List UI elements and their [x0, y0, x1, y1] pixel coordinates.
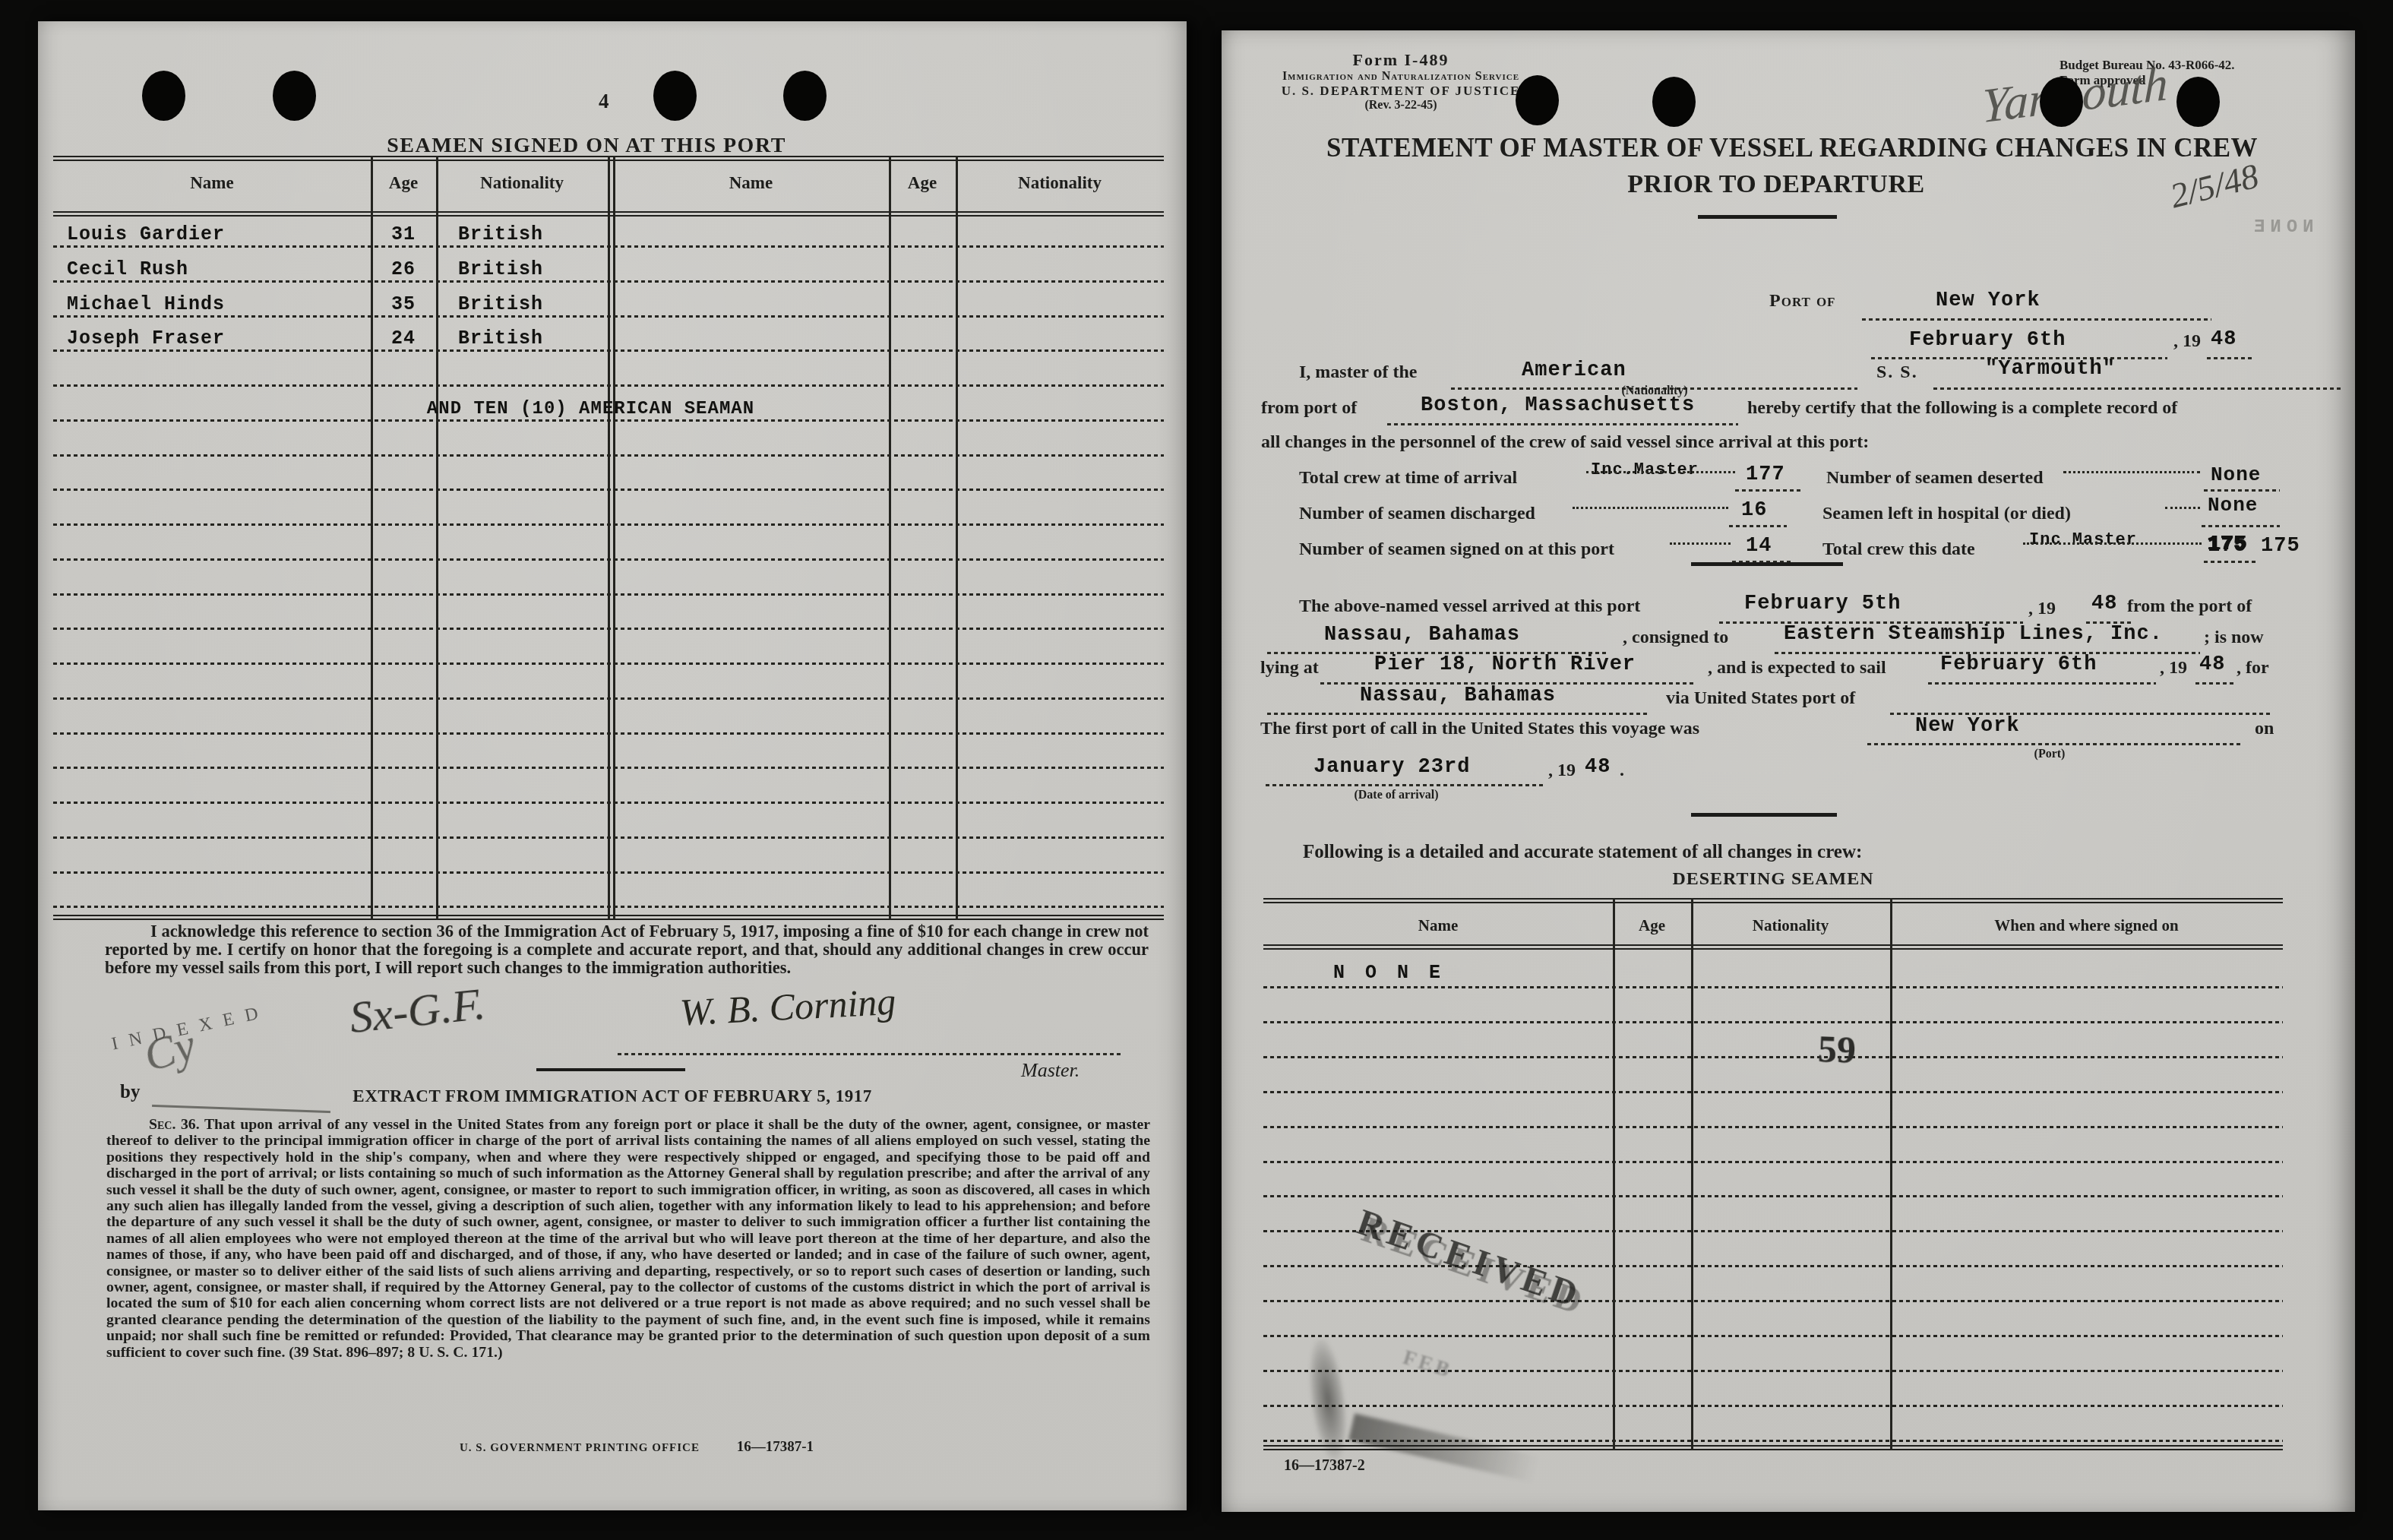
following-line: Following is a detailed and accurate sta…	[1303, 842, 1862, 863]
extract-divider-rule	[536, 1068, 685, 1071]
agency-line1: Immigration and Naturalization Service	[1234, 70, 1568, 84]
arrival-text: , 19	[2160, 658, 2187, 678]
col-header-age: Age	[889, 173, 956, 193]
stat-fill-line	[2204, 561, 2257, 563]
leader-dots	[2165, 507, 2200, 509]
stat-label: Number of seamen deserted	[1826, 468, 2044, 489]
title-underline	[1698, 215, 1837, 219]
arrived-year: 48	[2091, 593, 2117, 615]
year-typed: 48	[2211, 328, 2237, 351]
stat-fill-line	[1729, 525, 1787, 527]
arrival-from-port: Nassau, Bahamas	[1324, 624, 1520, 647]
year-fill-line	[2207, 357, 2254, 359]
arrival-text: lying at	[1260, 658, 1319, 678]
seaman-nationality: British	[458, 223, 543, 245]
table-vline	[608, 156, 610, 920]
form-title-line1: STATEMENT OF MASTER OF VESSEL REGARDING …	[1294, 133, 2290, 163]
stat-value-struck: 175	[2208, 533, 2247, 556]
punch-hole-icon	[1652, 77, 1696, 127]
certify-text: hereby certify that the following is a c…	[1747, 398, 2177, 419]
first-port-date: January 23rd	[1313, 756, 1470, 779]
left-page: 4 SEAMEN SIGNED ON AT THIS PORT Name Age…	[38, 21, 1187, 1510]
arrival-text: The above-named vessel arrived at this p…	[1299, 596, 1640, 617]
master-signature-handwriting: W. B. Corning	[679, 979, 897, 1035]
stat-label: Number of seamen discharged	[1299, 504, 1535, 524]
arrival-text: from the port of	[2127, 596, 2252, 617]
stat-value: None	[2211, 463, 2261, 486]
seaman-age: 24	[371, 327, 436, 349]
deserting-top-rule	[1263, 898, 2283, 903]
deserting-col-nationality: Nationality	[1691, 916, 1890, 935]
extract-paragraph: Sec. 36. That upon arrival of any vessel…	[106, 1117, 1150, 1361]
row-dotted-line	[1263, 1056, 2283, 1058]
punch-hole-icon	[2176, 77, 2220, 127]
col-header-nationality: Nationality	[436, 173, 608, 193]
leader-dots	[2023, 542, 2202, 545]
first-port-text: on	[2255, 719, 2274, 739]
stat-fill-line	[1735, 489, 1800, 492]
consignee-value: Eastern Steamship Lines, Inc.	[1784, 623, 2163, 646]
row-dotted-line	[53, 906, 1164, 908]
stat-value: 175	[2261, 535, 2300, 558]
row-dotted-line	[53, 280, 1164, 283]
seaman-age: 35	[371, 293, 436, 315]
row-dotted-line	[53, 662, 1164, 665]
row-dotted-line	[53, 384, 1164, 387]
row-dotted-line	[1263, 1300, 2283, 1302]
row-dotted-line	[1263, 1091, 2283, 1093]
arrival-text: , and is expected to sail	[1708, 658, 1886, 678]
nationality-value: American	[1522, 359, 1626, 382]
port-value: New York	[1936, 289, 2041, 312]
arrival-text: , 19	[2028, 599, 2056, 619]
leader-dots	[2063, 471, 2200, 473]
changes-line: all changes in the personnel of the crew…	[1261, 432, 1869, 453]
received-stamp-date: FEB	[1400, 1346, 1456, 1383]
page-number: 4	[599, 90, 609, 113]
punch-hole-icon	[653, 71, 697, 121]
punch-hole-icon	[1516, 75, 1559, 125]
row-dotted-line	[53, 245, 1164, 248]
deserting-vline	[1890, 898, 1892, 1450]
arrival-text: via United States port of	[1666, 688, 1855, 709]
ink-smudge	[1304, 1337, 1351, 1462]
scanned-document: 4 SEAMEN SIGNED ON AT THIS PORT Name Age…	[0, 0, 2393, 1540]
stats-divider-rule	[1691, 562, 1843, 566]
master-lead: I, master of the	[1299, 362, 1418, 383]
col-header-nationality: Nationality	[956, 173, 1164, 193]
row-dotted-line	[53, 419, 1164, 422]
vessel-fill-line	[1933, 387, 2342, 390]
section-divider-rule	[1691, 813, 1837, 817]
row-dotted-line	[1263, 1265, 2283, 1267]
berth-value: Pier 18, North River	[1374, 653, 1636, 676]
seaman-name: Louis Gardier	[67, 223, 225, 245]
arrived-date: February 5th	[1744, 593, 1901, 615]
american-seamen-note: AND TEN (10) AMERICAN SEAMAN	[422, 399, 759, 419]
row-dotted-line	[53, 628, 1164, 630]
from-port-lead: from port of	[1261, 398, 1357, 419]
row-dotted-line	[53, 489, 1164, 491]
stat-label: Number of seamen signed on at this port	[1299, 539, 1614, 560]
arrival-text: ; is now	[2204, 628, 2264, 648]
right-page: Form I-489 Immigration and Naturalizatio…	[1222, 30, 2355, 1512]
printer-footer-row: U. S. GOVERNMENT PRINTING OFFICE 16—1738…	[460, 1439, 814, 1456]
row-dotted-line	[53, 802, 1164, 804]
first-port-year: 48	[1585, 756, 1611, 779]
from-port-fill-line	[1387, 423, 1738, 425]
first-port-value: New York	[1915, 715, 2020, 738]
page-stamp-number: 59	[1775, 1025, 1898, 1074]
port-fill-line	[1862, 318, 2211, 321]
master-label: Master.	[1021, 1059, 1080, 1082]
seaman-age: 26	[371, 258, 436, 280]
acknowledgment-paragraph: I acknowledge this reference to section …	[105, 922, 1149, 976]
printer-footer: U. S. GOVERNMENT PRINTING OFFICE	[460, 1442, 700, 1454]
punch-hole-icon	[783, 71, 827, 121]
leader-dots	[1573, 507, 1728, 509]
first-port-text: .	[1620, 761, 1624, 781]
seaman-nationality: British	[458, 258, 543, 280]
stat-value: 177	[1746, 463, 1785, 486]
row-dotted-line	[1263, 986, 2283, 988]
deserting-seamen-title: DESERTING SEAMEN	[1545, 869, 2001, 890]
port-caption: (Port)	[1996, 748, 2103, 761]
row-dotted-line	[1263, 1021, 2283, 1023]
row-dotted-line	[53, 767, 1164, 769]
deserting-vline	[1691, 898, 1693, 1450]
leader-dots	[1670, 542, 1731, 545]
extract-lead: Sec. 36.	[149, 1116, 200, 1133]
deserting-none-value: N O N E	[1333, 962, 1445, 984]
row-dotted-line	[53, 558, 1164, 561]
row-dotted-line	[53, 593, 1164, 596]
col-header-name: Name	[613, 173, 889, 193]
ghost-mirrored-text: NONE	[2249, 217, 2314, 238]
stat-label: Total crew at time of arrival	[1299, 468, 1517, 489]
stat-value: None	[2208, 494, 2258, 517]
printer-footer-code: 16—17387-1	[737, 1439, 814, 1455]
row-dotted-line	[1263, 1161, 2283, 1163]
table-vline	[889, 156, 891, 920]
fill-line	[1267, 713, 1647, 715]
page-title: SEAMEN SIGNED ON AT THIS PORT	[321, 134, 852, 158]
extract-body: That upon arrival of any vessel in the U…	[106, 1116, 1150, 1361]
table-vline	[613, 156, 615, 920]
arrival-text: , for	[2237, 658, 2269, 678]
fill-line	[1867, 743, 2241, 745]
punch-hole-icon	[2040, 77, 2083, 127]
row-dotted-line	[53, 871, 1164, 874]
destination-value: Nassau, Bahamas	[1360, 685, 1556, 707]
row-dotted-line	[53, 697, 1164, 700]
deserting-header-rule	[1263, 944, 2283, 950]
col-header-name: Name	[53, 173, 371, 193]
deserting-vline	[1613, 898, 1615, 1450]
table-vline	[436, 156, 438, 920]
row-dotted-line	[1263, 1126, 2283, 1128]
extract-heading: EXTRACT FROM IMMIGRATION ACT OF FEBRUARY…	[258, 1086, 966, 1106]
col-header-age: Age	[371, 173, 436, 193]
sail-date: February 6th	[1940, 653, 2097, 676]
seaman-name: Cecil Rush	[67, 258, 188, 280]
indexed-by-label: by	[120, 1082, 140, 1103]
stat-value: 14	[1746, 535, 1772, 558]
punch-hole-icon	[273, 71, 316, 121]
arrival-text: , consigned to	[1623, 628, 1728, 648]
stat-fill-line	[2202, 525, 2280, 527]
deserting-col-name: Name	[1263, 916, 1613, 935]
seaman-name: Michael Hinds	[67, 293, 225, 315]
first-port-text: The first port of call in the United Sta…	[1260, 719, 1699, 739]
signature-initials-handwriting: Sx-G.F.	[347, 978, 488, 1044]
row-dotted-line	[53, 836, 1164, 839]
signature-line	[618, 1053, 1121, 1055]
printer-footer-code: 16—17387-2	[1284, 1457, 1365, 1475]
row-dotted-line	[53, 732, 1164, 735]
fill-line	[1928, 682, 2156, 685]
year-printed: , 19	[2173, 331, 2201, 352]
seaman-nationality: British	[458, 327, 543, 349]
form-title-line2: PRIOR TO DEPARTURE	[1282, 170, 2270, 199]
from-port-value: Boston, Massachusetts	[1421, 394, 1695, 417]
row-dotted-line	[53, 523, 1164, 526]
vessel-value: "Yarmouth"	[1985, 358, 2116, 381]
stat-typed-note: Inc.Master	[1591, 460, 1699, 479]
deserting-col-age: Age	[1613, 916, 1691, 935]
punch-hole-icon	[142, 71, 185, 121]
row-dotted-line	[53, 315, 1164, 318]
deserting-col-when: When and where signed on	[1890, 916, 2283, 935]
form-number: Form I-489	[1234, 50, 1568, 70]
ss-label: S. S.	[1876, 362, 1918, 383]
stat-label: Seamen left in hospital (or died)	[1822, 504, 2071, 524]
row-dotted-line	[1263, 1335, 2283, 1337]
fill-line	[1266, 784, 1543, 786]
row-dotted-line	[53, 349, 1164, 352]
row-dotted-line	[1263, 1405, 2283, 1407]
stat-value: 16	[1741, 499, 1767, 522]
seaman-name: Joseph Fraser	[67, 327, 225, 349]
leader-dots	[1586, 471, 1735, 473]
stat-fill-line	[2204, 489, 2280, 492]
fill-line	[2195, 682, 2235, 685]
row-dotted-line	[1263, 1195, 2283, 1197]
stat-typed-note: Inc Master	[2029, 530, 2137, 549]
row-dotted-line	[53, 454, 1164, 457]
stat-label: Total crew this date	[1822, 539, 1975, 560]
date-value: February 6th	[1909, 329, 2066, 352]
seaman-nationality: British	[458, 293, 543, 315]
seaman-age: 31	[371, 223, 436, 245]
port-label: Port of	[1769, 291, 1836, 311]
first-port-text: , 19	[1548, 761, 1576, 781]
table-vline	[956, 156, 958, 920]
date-of-arrival-caption: (Date of arrival)	[1320, 789, 1472, 802]
sail-year: 48	[2199, 653, 2225, 676]
